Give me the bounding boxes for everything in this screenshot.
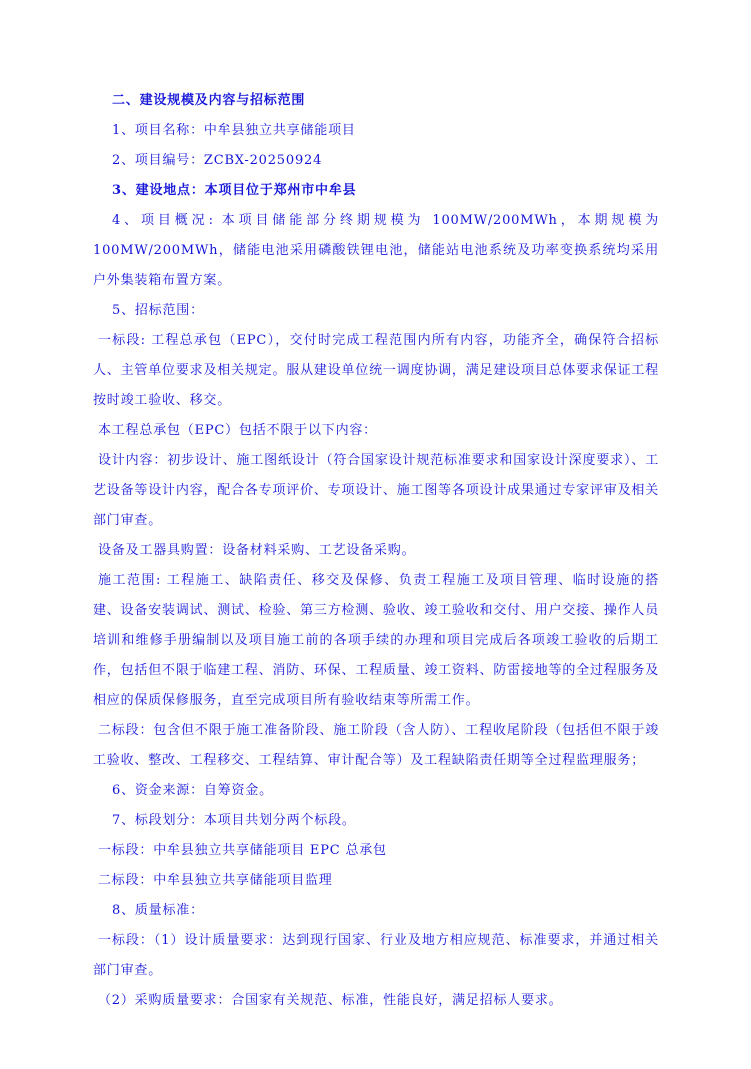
- para-project-name: 1、项目名称：中牟县独立共享储能项目: [93, 116, 659, 146]
- section-heading: 二、建设规模及内容与招标范围: [93, 86, 659, 116]
- para-lot1-quality: 一标段：（1）设计质量要求：达到现行国家、行业及地方相应规范、标准要求，并通过相…: [93, 926, 659, 986]
- para-lot1-scope: 一标段: 工程总承包（EPC），交付时完成工程范围内所有内容，功能齐全，确保符合…: [93, 326, 659, 416]
- para-quality-standard-label: 8、质量标准：: [93, 896, 659, 926]
- para-project-number: 2、项目编号：ZCBX-20250924: [93, 146, 659, 176]
- para-lot2-scope: 二标段：包含但不限于施工准备阶段、施工阶段（含人防）、工程收尾阶段（包括但不限于…: [93, 716, 659, 776]
- para-epc-includes: 本工程总承包（EPC）包括不限于以下内容：: [93, 416, 659, 446]
- para-construction-scope: 施工范围: 工程施工、缺陷责任、移交及保修、负责工程施工及项目管理、临时设施的搭…: [93, 566, 659, 716]
- para-design-content: 设计内容：初步设计、施工图纸设计（符合国家设计规范标准要求和国家设计深度要求）、…: [93, 446, 659, 536]
- para-funding-source: 6、资金来源：自筹资金。: [93, 776, 659, 806]
- para-tender-scope-label: 5、招标范围：: [93, 296, 659, 326]
- para-overview: 4、项目概况: 本项目储能部分终期规模为 100MW/200MWh，本期规模为 …: [93, 206, 659, 296]
- para-lot2-name: 二标段：中牟县独立共享储能项目监理: [93, 866, 659, 896]
- para-equipment-purchase: 设备及工器具购置：设备材料采购、工艺设备采购。: [93, 536, 659, 566]
- para-lot1-name: 一标段：中牟县独立共享储能项目 EPC 总承包: [93, 836, 659, 866]
- para-lot-division: 7、标段划分：本项目共划分两个标段。: [93, 806, 659, 836]
- document-page: 二、建设规模及内容与招标范围 1、项目名称：中牟县独立共享储能项目 2、项目编号…: [0, 0, 751, 1069]
- para-procurement-quality: （2）采购质量要求：合国家有关规范、标准，性能良好，满足招标人要求。: [93, 986, 659, 1016]
- para-location: 3、建设地点：本项目位于郑州市中牟县: [93, 176, 659, 206]
